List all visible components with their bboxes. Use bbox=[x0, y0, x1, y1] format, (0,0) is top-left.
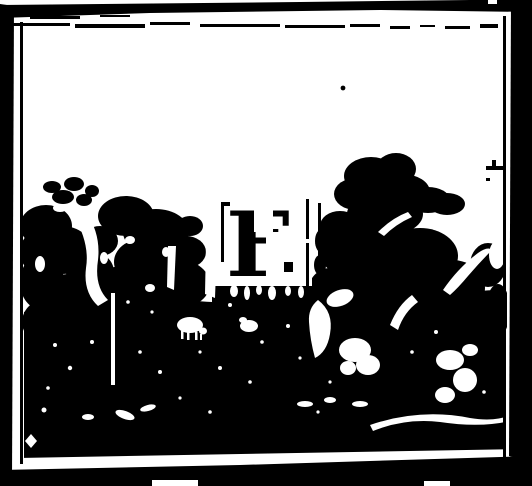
letter-tablet: F bbox=[215, 192, 312, 298]
inner-rule-left bbox=[20, 22, 23, 464]
woodcut-initial-plate: F bbox=[0, 0, 532, 486]
letter-fragment-dot bbox=[284, 262, 293, 272]
inner-rule-right bbox=[503, 16, 506, 458]
outer-frame-right bbox=[509, 0, 532, 462]
ground-foliage bbox=[24, 282, 506, 458]
woodcut-scene: F bbox=[0, 0, 532, 486]
sky-marks bbox=[341, 86, 346, 91]
sky-speck bbox=[341, 86, 346, 91]
outer-frame-left bbox=[0, 4, 14, 480]
right-bracket-mark bbox=[306, 199, 309, 239]
